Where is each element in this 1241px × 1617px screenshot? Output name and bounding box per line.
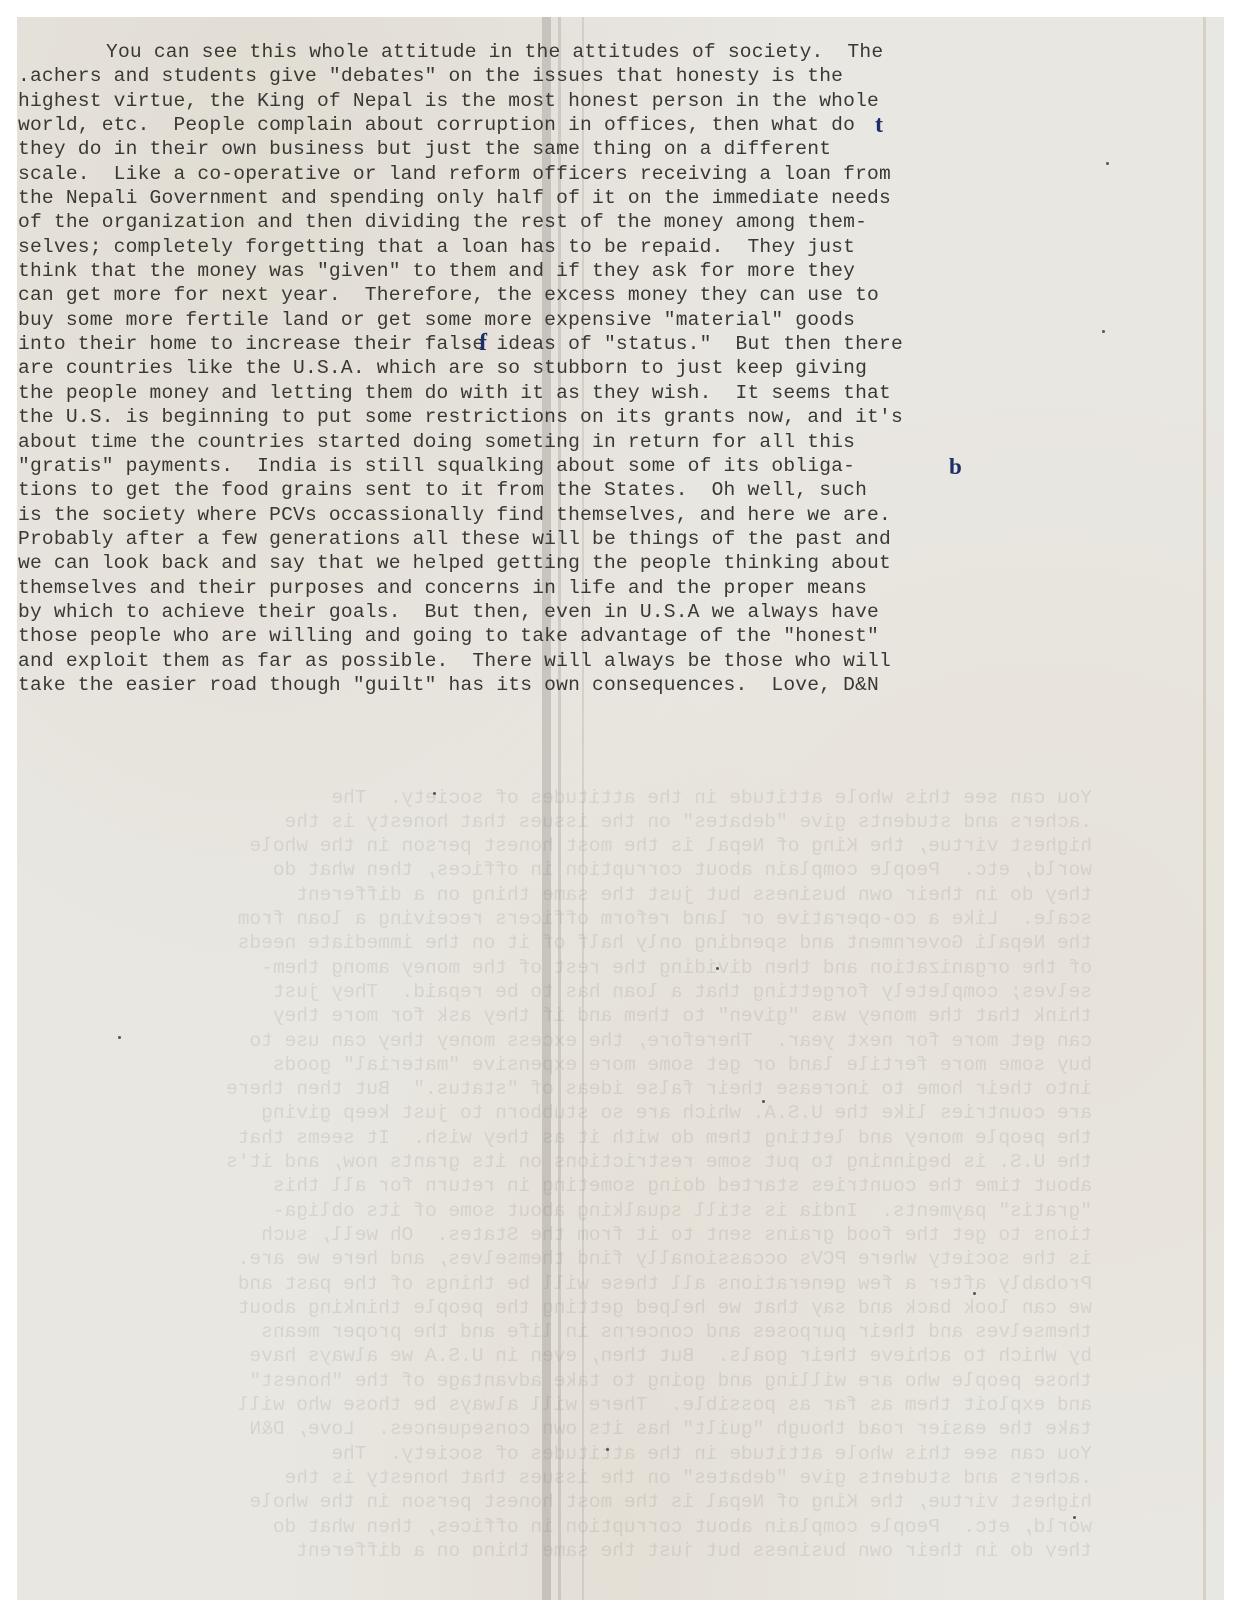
text-line: of the organization and then dividing th… bbox=[18, 210, 1198, 234]
paper-speck bbox=[1106, 162, 1109, 165]
text-line: themselves and their purposes and concer… bbox=[18, 576, 1198, 600]
text-line: is the society where PCVs occassionally … bbox=[18, 503, 1198, 527]
text-line: the people money and letting them do wit… bbox=[18, 381, 1198, 405]
text-line: those people who are willing and going t… bbox=[18, 624, 1198, 648]
paper-speck bbox=[606, 1448, 609, 1451]
text-line: scale. Like a co-operative or land refor… bbox=[18, 162, 1198, 186]
text-line: the Nepali Government and spending only … bbox=[18, 186, 1198, 210]
paper-speck bbox=[716, 967, 719, 970]
text-line: take the easier road though "guilt" has … bbox=[18, 673, 1198, 697]
fold-crease bbox=[1203, 17, 1206, 1600]
text-line: world, etc. People complain about corrup… bbox=[18, 113, 1198, 137]
pen-correction-mark: f bbox=[479, 330, 487, 357]
paper-speck bbox=[973, 1292, 976, 1295]
text-line: tions to get the food grains sent to it … bbox=[18, 478, 1198, 502]
text-line: think that the money was "given" to them… bbox=[18, 259, 1198, 283]
text-line: You can see this whole attitude in the a… bbox=[18, 40, 1198, 64]
text-line: highest virtue, the King of Nepal is the… bbox=[18, 89, 1198, 113]
text-line: Probably after a few generations all the… bbox=[18, 527, 1198, 551]
paper-speck bbox=[118, 1036, 121, 1039]
text-line: are countries like the U.S.A. which are … bbox=[18, 356, 1198, 380]
pen-correction-mark: b bbox=[949, 454, 962, 480]
pen-correction-mark: t bbox=[875, 112, 883, 139]
text-line: .achers and students give "debates" on t… bbox=[18, 64, 1198, 88]
paper-speck bbox=[433, 792, 436, 795]
text-line: buy some more fertile land or get some m… bbox=[18, 308, 1198, 332]
typed-body-text: You can see this whole attitude in the a… bbox=[18, 40, 1198, 697]
paper-speck bbox=[762, 1100, 765, 1103]
paper-speck bbox=[1073, 1516, 1076, 1519]
text-line: by which to achieve their goals. But the… bbox=[18, 600, 1198, 624]
show-through-text: You can see this whole attitude in the a… bbox=[132, 737, 1092, 1557]
text-line: into their home to increase their false … bbox=[18, 332, 1198, 356]
text-line: we can look back and say that we helped … bbox=[18, 551, 1198, 575]
text-line: about time the countries started doing s… bbox=[18, 430, 1198, 454]
text-line: can get more for next year. Therefore, t… bbox=[18, 283, 1198, 307]
paper-speck bbox=[1102, 330, 1105, 333]
text-line: they do in their own business but just t… bbox=[18, 137, 1198, 161]
text-line: and exploit them as far as possible. The… bbox=[18, 649, 1198, 673]
text-line: the U.S. is beginning to put some restri… bbox=[18, 405, 1198, 429]
text-line: selves; completely forgetting that a loa… bbox=[18, 235, 1198, 259]
text-line: "gratis" payments. India is still squalk… bbox=[18, 454, 1198, 478]
